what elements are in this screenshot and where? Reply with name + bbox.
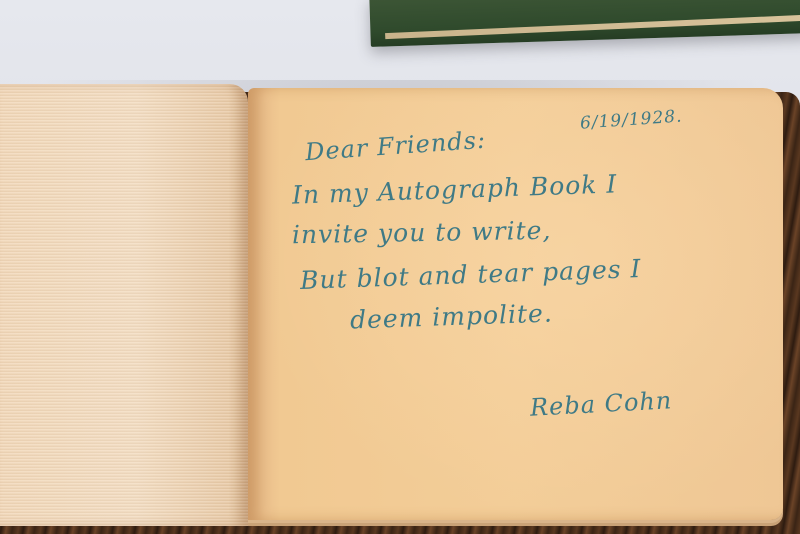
inscription-line: invite you to write, bbox=[292, 216, 552, 250]
photo-scene: 6/19/1928. Dear Friends: In my Autograph… bbox=[0, 0, 800, 534]
left-page bbox=[0, 84, 248, 526]
